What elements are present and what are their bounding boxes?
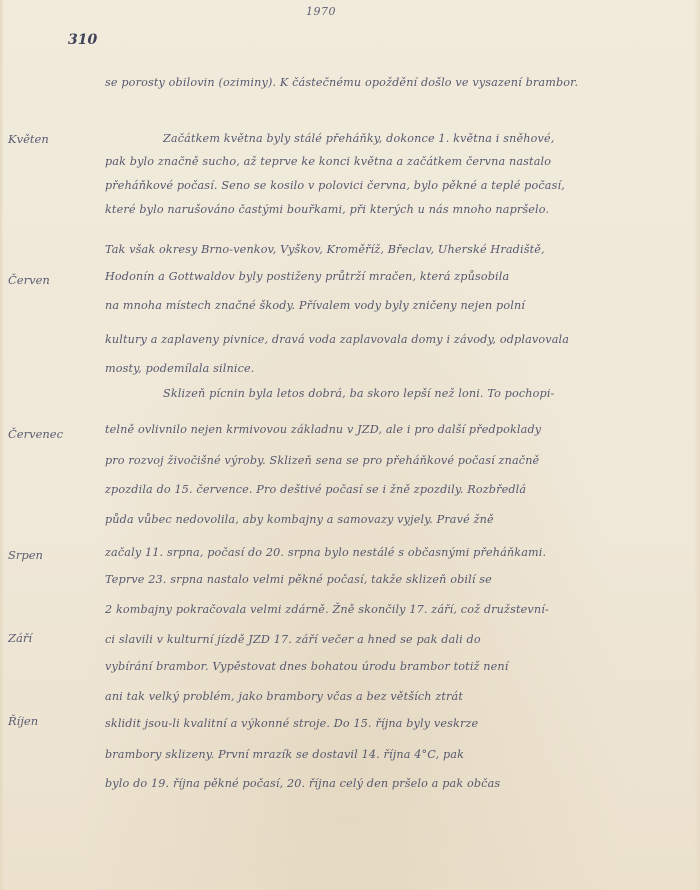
margin-note-month: Září <box>8 631 32 645</box>
text-line: pro rozvoj živočišné výroby. Sklizeň sen… <box>105 454 539 467</box>
page-number: 310 <box>68 32 97 48</box>
text-line: začaly 11. srpna, počasí do 20. srpna by… <box>105 546 546 559</box>
margin-note-month: Srpen <box>8 548 43 562</box>
text-line: ani tak velký problém, jako brambory vča… <box>105 690 463 703</box>
text-line: zpozdila do 15. července. Pro deštivé po… <box>105 483 526 496</box>
page-year: 1970 <box>306 5 336 18</box>
text-line: Teprve 23. srpna nastalo velmi pěkné poč… <box>105 573 492 586</box>
text-line: Začátkem května byly stálé přeháňky, dok… <box>163 132 554 145</box>
text-line: přeháňkové počasí. Seno se kosilo v polo… <box>105 179 565 192</box>
text-line: Tak však okresy Brno-venkov, Vyškov, Kro… <box>105 243 545 256</box>
text-line: které bylo narušováno častými bouřkami, … <box>105 203 549 216</box>
text-line: telně ovlivnilo nejen krmivovou základnu… <box>105 423 541 436</box>
text-line: ci slavili v kulturní jízdě JZD 17. září… <box>105 633 481 646</box>
margin-note-month: Červenec <box>8 427 63 441</box>
manuscript-page: 1970 310 KvětenČervenČervenecSrpenZáříŘí… <box>0 0 700 890</box>
text-line: vybírání brambor. Vypěstovat dnes bohato… <box>105 660 509 673</box>
text-line: na mnoha místech značné škody. Přívalem … <box>105 299 525 312</box>
text-line: kultury a zaplaveny pivnice, dravá voda … <box>105 333 569 346</box>
text-line: brambory sklizeny. První mrazík se dosta… <box>105 748 464 761</box>
text-line: Sklizeň pícnin byla letos dobrá, ba skor… <box>163 387 555 400</box>
margin-note-month: Říjen <box>8 714 38 728</box>
text-line: bylo do 19. října pěkné počasí, 20. říjn… <box>105 777 500 790</box>
margin-note-month: Červen <box>8 273 50 287</box>
margin-note-month: Květen <box>8 132 49 146</box>
text-line: se porosty obilovin (oziminy). K částečn… <box>105 76 578 89</box>
text-line: 2 kombajny pokračovala velmi zdárně. Žně… <box>105 603 549 616</box>
text-line: půda vůbec nedovolila, aby kombajny a sa… <box>105 513 494 526</box>
text-line: pak bylo značně sucho, až teprve ke konc… <box>105 155 551 168</box>
text-line: Hodonín a Gottwaldov byly postiženy průt… <box>105 270 509 283</box>
text-line: mosty, podemílala silnice. <box>105 362 254 375</box>
text-line: sklidit jsou-li kvalitní a výkonné stroj… <box>105 717 478 730</box>
